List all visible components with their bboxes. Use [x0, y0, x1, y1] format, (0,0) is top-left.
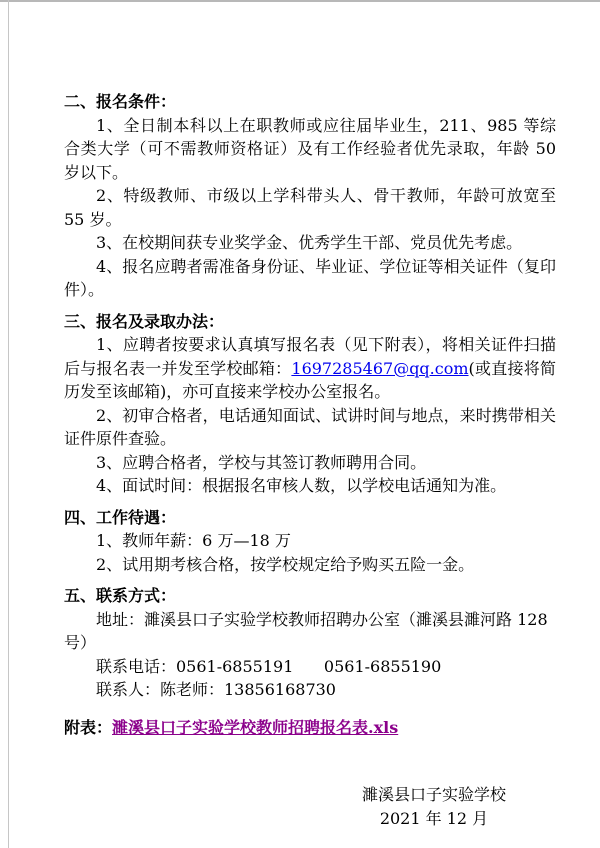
attachment-link[interactable]: 濉溪县口子实验学校教师招聘报名表.xls — [112, 718, 398, 737]
page-top-edge — [0, 0, 600, 2]
document-page: 二、报名条件： 1、全日制本科以上在职教师或应往届毕业生，211、985 等综合… — [0, 0, 600, 848]
email-link[interactable]: 1697285467@qq.com — [291, 359, 468, 378]
contact-address: 地址：濉溪县口子实验学校教师招聘办公室（濉溪县濉河路 128 号） — [64, 608, 556, 655]
registration-item-1: 1、应聘者按要求认真填写报名表（见下附表），将相关证件扫描后与报名表一并发至学校… — [64, 333, 556, 404]
treatment-item-2: 2、试用期考核合格，按学校规定给予购买五险一金。 — [64, 553, 556, 577]
section-heading-conditions: 二、报名条件： — [64, 90, 556, 114]
attachment-row: 附表：濉溪县口子实验学校教师招聘报名表.xls — [64, 716, 556, 740]
registration-item-4: 4、面试时间：根据报名审核人数，以学校电话通知为准。 — [64, 474, 556, 498]
registration-item-2: 2、初审合格者，电话通知面试、试讲时间与地点，来时携带相关证件原件查验。 — [64, 404, 556, 451]
registration-item-3: 3、应聘合格者，学校与其签订教师聘用合同。 — [64, 451, 556, 475]
signature-date: 2021 年 12 月 — [362, 807, 506, 831]
condition-item-3: 3、在校期间获专业奖学金、优秀学生干部、党员优先考虑。 — [64, 231, 556, 255]
document-content: 二、报名条件： 1、全日制本科以上在职教师或应往届毕业生，211、985 等综合… — [64, 82, 556, 830]
condition-item-2: 2、特级教师、市级以上学科带头人、骨干教师，年龄可放宽至 55 岁。 — [64, 184, 556, 231]
condition-item-4: 4、报名应聘者需准备身份证、毕业证、学位证等相关证件（复印件）。 — [64, 255, 556, 302]
condition-item-1: 1、全日制本科以上在职教师或应往届毕业生，211、985 等综合类大学（可不需教… — [64, 114, 556, 185]
treatment-item-1: 1、教师年薪：6 万—18 万 — [64, 529, 556, 553]
signature-org: 濉溪县口子实验学校 — [362, 783, 506, 807]
section-heading-treatment: 四、工作待遇： — [64, 506, 556, 530]
section-heading-registration: 三、报名及录取办法： — [64, 310, 556, 334]
attachment-label: 附表： — [64, 718, 112, 737]
section-heading-contact: 五、联系方式： — [64, 584, 556, 608]
page-left-edge — [8, 0, 9, 848]
contact-person: 联系人：陈老师：13856168730 — [64, 678, 556, 702]
signature-block: 濉溪县口子实验学校 2021 年 12 月 — [362, 783, 506, 830]
contact-phones: 联系电话：0561-6855191 0561-6855190 — [64, 655, 556, 679]
